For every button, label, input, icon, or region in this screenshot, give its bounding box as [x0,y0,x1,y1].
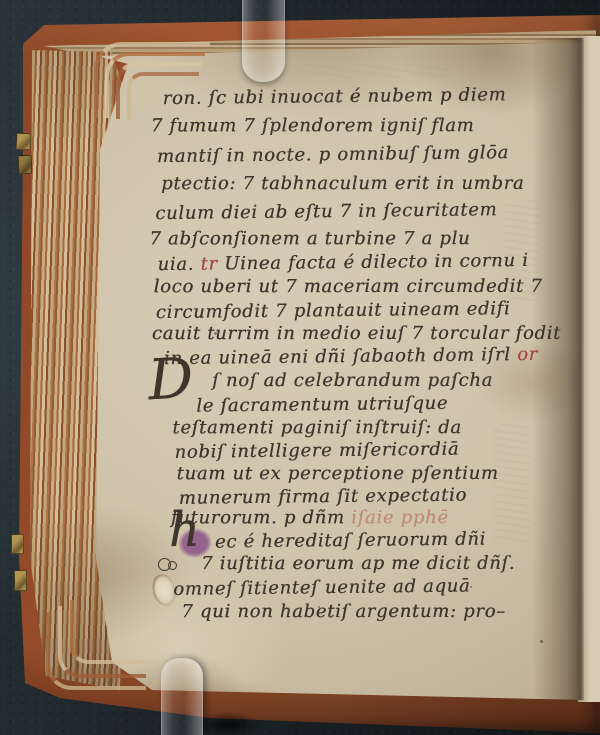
text-run: 7 abſconſionem a turbine 7 a plu [149,228,470,249]
manuscript-line: le ſacramentum utriuſque [196,393,448,418]
text-run: nobiſ intelligere miſericordiā [174,439,459,463]
rubric-run: tr [194,253,224,274]
ink-speck [540,640,543,643]
manuscript-line: cauit turrim in medio eiuſ 7 torcular fo… [152,323,561,345]
manuscript-line: mantiſ in nocte. p omnibuſ ſum glōa [157,142,509,168]
text-run: uia. [157,254,194,275]
manuscript-photo: ron. ſc ubi inuocat é nubem p diem7 fumu… [0,0,600,735]
text-run: 7 qui non habetiſ argentum: pro– [181,601,506,622]
manuscript-line: 7 fumum 7 ſplendorem igniſ flam [151,115,475,137]
text-run: ptectio: 7 tabhnaculum erit in umbra [161,173,524,194]
manuscript-line: uia. tr Uinea facta é dilecto in cornu i [157,250,528,276]
manuscript-line: tuam ut ex perceptione pſentium [177,463,499,485]
manuscript-line: in ea uineā eni dñi ſabaoth dom iſrl or [164,344,538,370]
rubric-run: or [511,344,539,365]
text-run: Uinea facta é dilecto in cornu i [224,250,529,274]
manuscript-line: hec é hereditaſ ſeruorum dñi [215,529,486,554]
strip-shadow [196,712,262,735]
manuscript-line: omneſ ſitienteſ uenite ad aquā [173,576,470,601]
clasp-nub [14,570,27,591]
brass-clasp-upper [14,133,34,177]
text-run: 7 fumum 7 ſplendorem igniſ flam [151,115,475,136]
clasp-nub [16,133,32,151]
text-run: ſ noſ ad celebrandum paſcha [212,370,493,391]
manuscript-line: teſtamenti paginiſ inſtruiſ: da [172,417,461,439]
text-run: mantiſ in nocte. p omnibuſ ſum glōa [157,142,509,167]
manuscript-line: circumfodit 7 plantauit uineam edifi [156,298,511,324]
text-run: le ſacramentum utriuſque [196,393,448,417]
brass-clasp-lower [11,534,29,592]
text-run: ec é hereditaſ ſeruorum dñi [215,529,486,553]
manuscript-line: munerum firma ſit expectatio [179,485,467,510]
manuscript-line: ptectio: 7 tabhnaculum erit in umbra [161,173,524,195]
manuscript-line: futurorum. p dñm iſaie pphē [171,507,449,529]
plastic-mount-strip-top [242,0,285,82]
manuscript-line: nobiſ intelligere miſericordiā [174,439,459,464]
manuscript-line: culum diei ab eſtu 7 in ſecuritatem [155,199,497,225]
manuscript-line: loco uberi ut 7 maceriam circumdedit 7 [154,276,543,298]
text-run: culum diei ab eſtu 7 in ſecuritatem [155,199,497,224]
manuscript-line: ron. ſc ubi inuocat é nubem p diem [163,84,507,110]
clasp-nub [11,534,24,554]
text-run: circumfodit 7 plantauit uineam edifi [156,298,511,323]
plastic-mount-strip-bottom [161,658,203,735]
text-run: cauit turrim in medio eiuſ 7 torcular fo… [152,323,561,344]
text-run: 7 iuſtitia eorum ap me dicit dñſ. [201,553,515,574]
text-run: omneſ ſitienteſ uenite ad aquā [173,576,470,600]
clasp-nub [18,155,33,174]
decorated-initial-h: h [169,506,201,554]
dropcap-initial-d: D [147,351,196,409]
text-run: ron. ſc ubi inuocat é nubem p diem [163,84,507,109]
rubric-run: iſaie pphē [345,507,449,528]
text-run: teſtamenti paginiſ inſtruiſ: da [172,417,461,438]
manuscript-line: Dſ noſ ad celebrandum paſcha [212,370,493,392]
text-run: munerum firma ſit expectatio [179,485,467,509]
text-run: loco uberi ut 7 maceriam circumdedit 7 [154,276,543,297]
manuscript-line: 7 abſconſionem a turbine 7 a plu [149,228,470,250]
text-run: tuam ut ex perceptione pſentium [177,463,499,484]
manuscript-text-block: ron. ſc ubi inuocat é nubem p diem7 fumu… [147,85,570,627]
text-run: in ea uineā eni dñi ſabaoth dom iſrl [164,344,511,369]
manuscript-line: 7 qui non habetiſ argentum: pro– [181,601,506,623]
manuscript-line: 7 iuſtitia eorum ap me dicit dñſ. [201,553,515,575]
